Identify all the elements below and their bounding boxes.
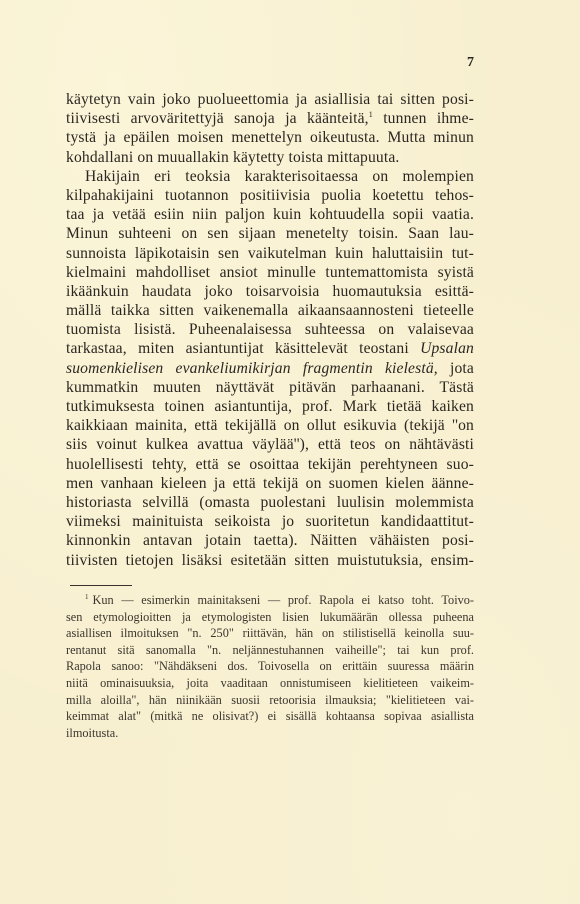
text-line: men vanhaan kieleen ja että tekijä on su… xyxy=(66,474,474,493)
text-line: historiasta selvillä (omasta puolestani … xyxy=(66,493,474,512)
text-line: kielmaini mahdolliset ansiot minulle tun… xyxy=(66,263,474,282)
text-line: tuomista lisistä. Puheenalaisessa suhtee… xyxy=(66,320,474,339)
text-line: viimeksi mainituista seikoista jo suorit… xyxy=(66,512,474,531)
book-title-italic: Upsalan xyxy=(420,340,474,357)
text-line: mällä taikka sitten vaikenemalla aikaans… xyxy=(66,301,474,320)
footnote-reference[interactable]: 1 xyxy=(369,110,373,119)
footnote-line: ilmoitusta. xyxy=(66,725,474,742)
text-line: siis voinut kulkea avattua väylää''), et… xyxy=(66,435,474,454)
footnote-line: 1Kun — esimerkin mainitakseni — prof. Ra… xyxy=(66,592,474,609)
book-page: 7 käytetyn vain joko puolueettomia ja as… xyxy=(0,0,580,904)
book-title-italic: suomenkielisen evankeliumikirjan fragmen… xyxy=(66,360,438,377)
main-text-block: käytetyn vain joko puolueettomia ja asia… xyxy=(66,90,474,570)
text-line: kaikkiaan mainita, että tekijällä on oll… xyxy=(66,416,474,435)
text-fragment: tarkastaa, miten asiantuntijat käsittele… xyxy=(66,340,409,357)
footnote-line: keimmat alat" (mitkä ne olisivat?) ei si… xyxy=(66,708,474,725)
text-fragment: Kun — esimerkin mainitakseni — prof. Rap… xyxy=(93,593,475,607)
page-number: 7 xyxy=(460,55,474,71)
text-line: käytetyn vain joko puolueettomia ja asia… xyxy=(66,90,474,109)
text-line: tystä ja epäilen moisen menettelyn oikeu… xyxy=(66,128,474,147)
text-line: taa ja vetää esiin niin paljon kuin koht… xyxy=(66,205,474,224)
text-line: tarkastaa, miten asiantuntijat käsittele… xyxy=(66,339,474,358)
text-line: kummatkin muuten näyttävät pitävän parha… xyxy=(66,378,474,397)
footnote-line: Rapola sanoo: "Nähdäkseni dos. Toivosell… xyxy=(66,658,474,675)
text-line: tiivisten tietojen lisäksi esitetään sit… xyxy=(66,551,474,570)
text-line: sunnoista läpikotaisin sen vaikutelman k… xyxy=(66,244,474,263)
text-line: kilpahakijaini tuotannon positiivisia pu… xyxy=(66,186,474,205)
footnote-separator-rule xyxy=(70,585,132,586)
text-fragment: jota xyxy=(450,360,474,377)
footnote-line: niitä ominaisuuksia, joita vaaditaan onn… xyxy=(66,675,474,692)
text-line: tiivisesti arvoväritettyjä sanoja ja kää… xyxy=(66,109,474,128)
text-line: huolellisesti tehty, että se osoittaa te… xyxy=(66,455,474,474)
footnote-line: rentanut sitä sanomalla "n. neljännestuh… xyxy=(66,642,474,659)
text-line: ikäänkuin haudata joko toisarvoisia huom… xyxy=(66,282,474,301)
footnote-line: sen etymologioitten ja etymologisten lis… xyxy=(66,609,474,626)
text-fragment: tunnen ihme- xyxy=(383,110,474,127)
footnote-block: 1Kun — esimerkin mainitakseni — prof. Ra… xyxy=(66,592,474,741)
text-line: kinnonkin antavan jotain taetta). Näitte… xyxy=(66,531,474,550)
paragraph-start-line: Hakijain eri teoksia karakterisoitaessa … xyxy=(66,167,474,186)
text-line: Minun suhteeni on sen sijaan menetelty t… xyxy=(66,224,474,243)
text-line: tutkimuksesta toinen asiantuntija, prof.… xyxy=(66,397,474,416)
text-line: kohdallani on muuallakin käytetty toista… xyxy=(66,148,474,167)
text-fragment: tiivisesti arvoväritettyjä sanoja ja kää… xyxy=(66,110,369,127)
footnote-line: asiallisen ilmoituksen "n. 250" riittävä… xyxy=(66,625,474,642)
text-line: suomenkielisen evankeliumikirjan fragmen… xyxy=(66,359,474,378)
footnote-mark: 1 xyxy=(85,593,89,601)
footnote-line: milla aloilla", hän niinikään suosii ret… xyxy=(66,692,474,709)
